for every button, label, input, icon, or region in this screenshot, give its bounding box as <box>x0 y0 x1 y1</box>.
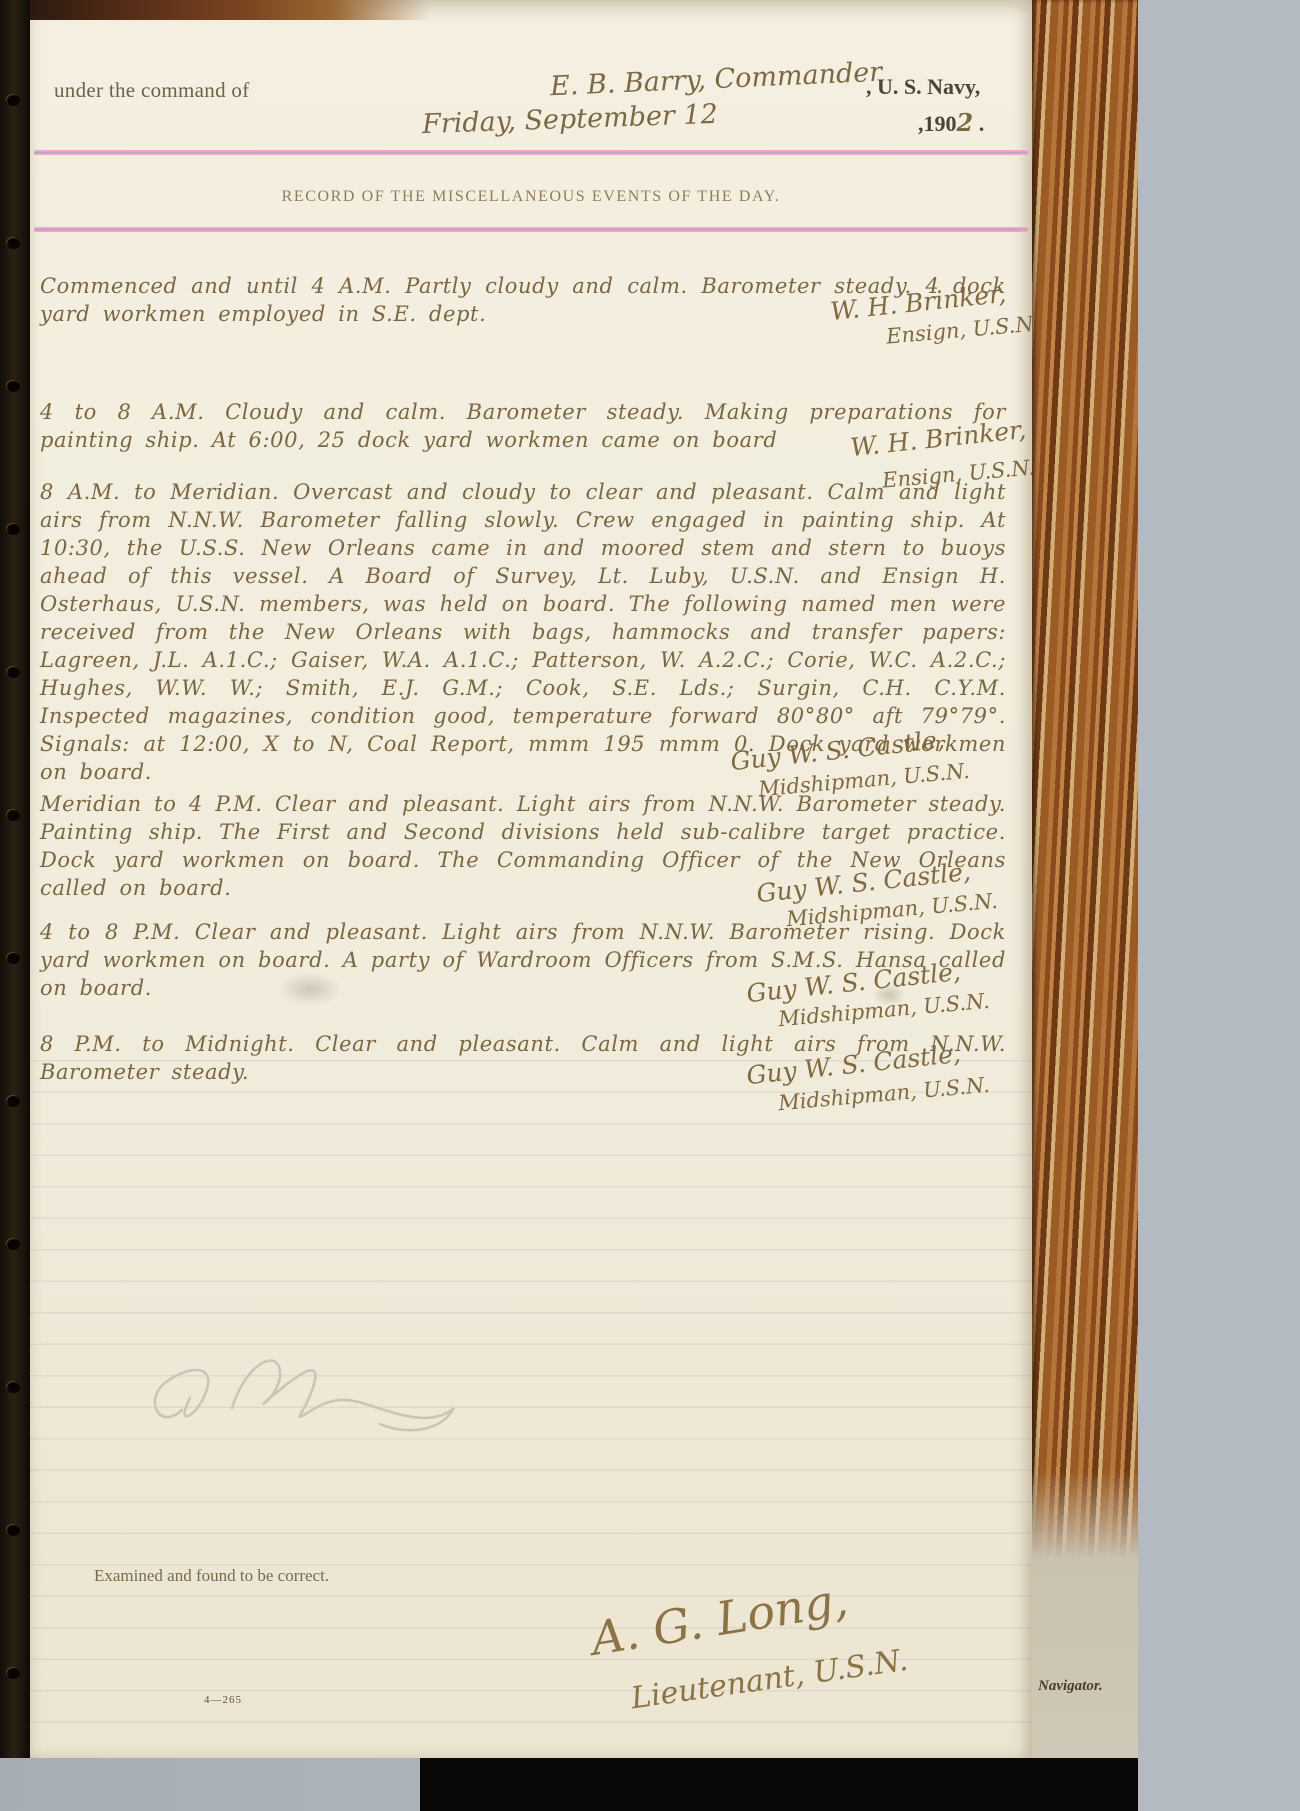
ink-smudge <box>278 972 342 1006</box>
section-title: RECORD OF THE MISCELLANEOUS EVENTS OF TH… <box>30 188 1032 206</box>
table-background-bottom <box>420 1758 1138 1811</box>
logbook-photo: under the command of E. B. Barry, Comman… <box>0 0 1300 1811</box>
binding-hole <box>7 1096 20 1107</box>
fore-edge-bottom-fade <box>1032 1470 1138 1758</box>
handwritten-year-digit: 2 <box>957 108 974 137</box>
cover-marble-top-strip <box>30 0 430 20</box>
pencil-signature-eb-barry <box>140 1340 470 1450</box>
binding-hole <box>7 1525 20 1536</box>
binding-hole <box>7 95 20 106</box>
binding-hole <box>7 1668 20 1679</box>
binding-hole <box>7 810 20 821</box>
examined-statement: Examined and found to be correct. <box>94 1566 329 1586</box>
pink-ruled-line-bottom <box>34 227 1028 232</box>
printed-year-prefix: ,190 <box>918 111 957 136</box>
printed-us-navy-label: , U. S. Navy, <box>866 74 980 100</box>
handwritten-commander-name: E. B. Barry, Commander <box>549 57 882 102</box>
binding-hole <box>7 238 20 249</box>
form-number: 4—265 <box>204 1694 242 1706</box>
binding-hole <box>7 1382 20 1393</box>
printed-under-command-label: under the command of <box>54 78 250 103</box>
binding-hole <box>7 1239 20 1250</box>
handwritten-date: Friday, September 12 <box>422 99 719 140</box>
year-field: ,1902 . <box>918 108 984 137</box>
binding-hole <box>7 667 20 678</box>
printed-year-period: . <box>973 111 984 136</box>
book-binding-strip <box>0 0 30 1758</box>
binding-hole <box>7 524 20 535</box>
ink-smudge <box>872 984 906 1006</box>
printed-navigator-label: Navigator. <box>1038 1678 1103 1695</box>
logbook-page: under the command of E. B. Barry, Comman… <box>30 0 1032 1758</box>
binding-hole <box>7 953 20 964</box>
pink-ruled-line-top <box>34 150 1028 155</box>
binding-hole <box>7 381 20 392</box>
